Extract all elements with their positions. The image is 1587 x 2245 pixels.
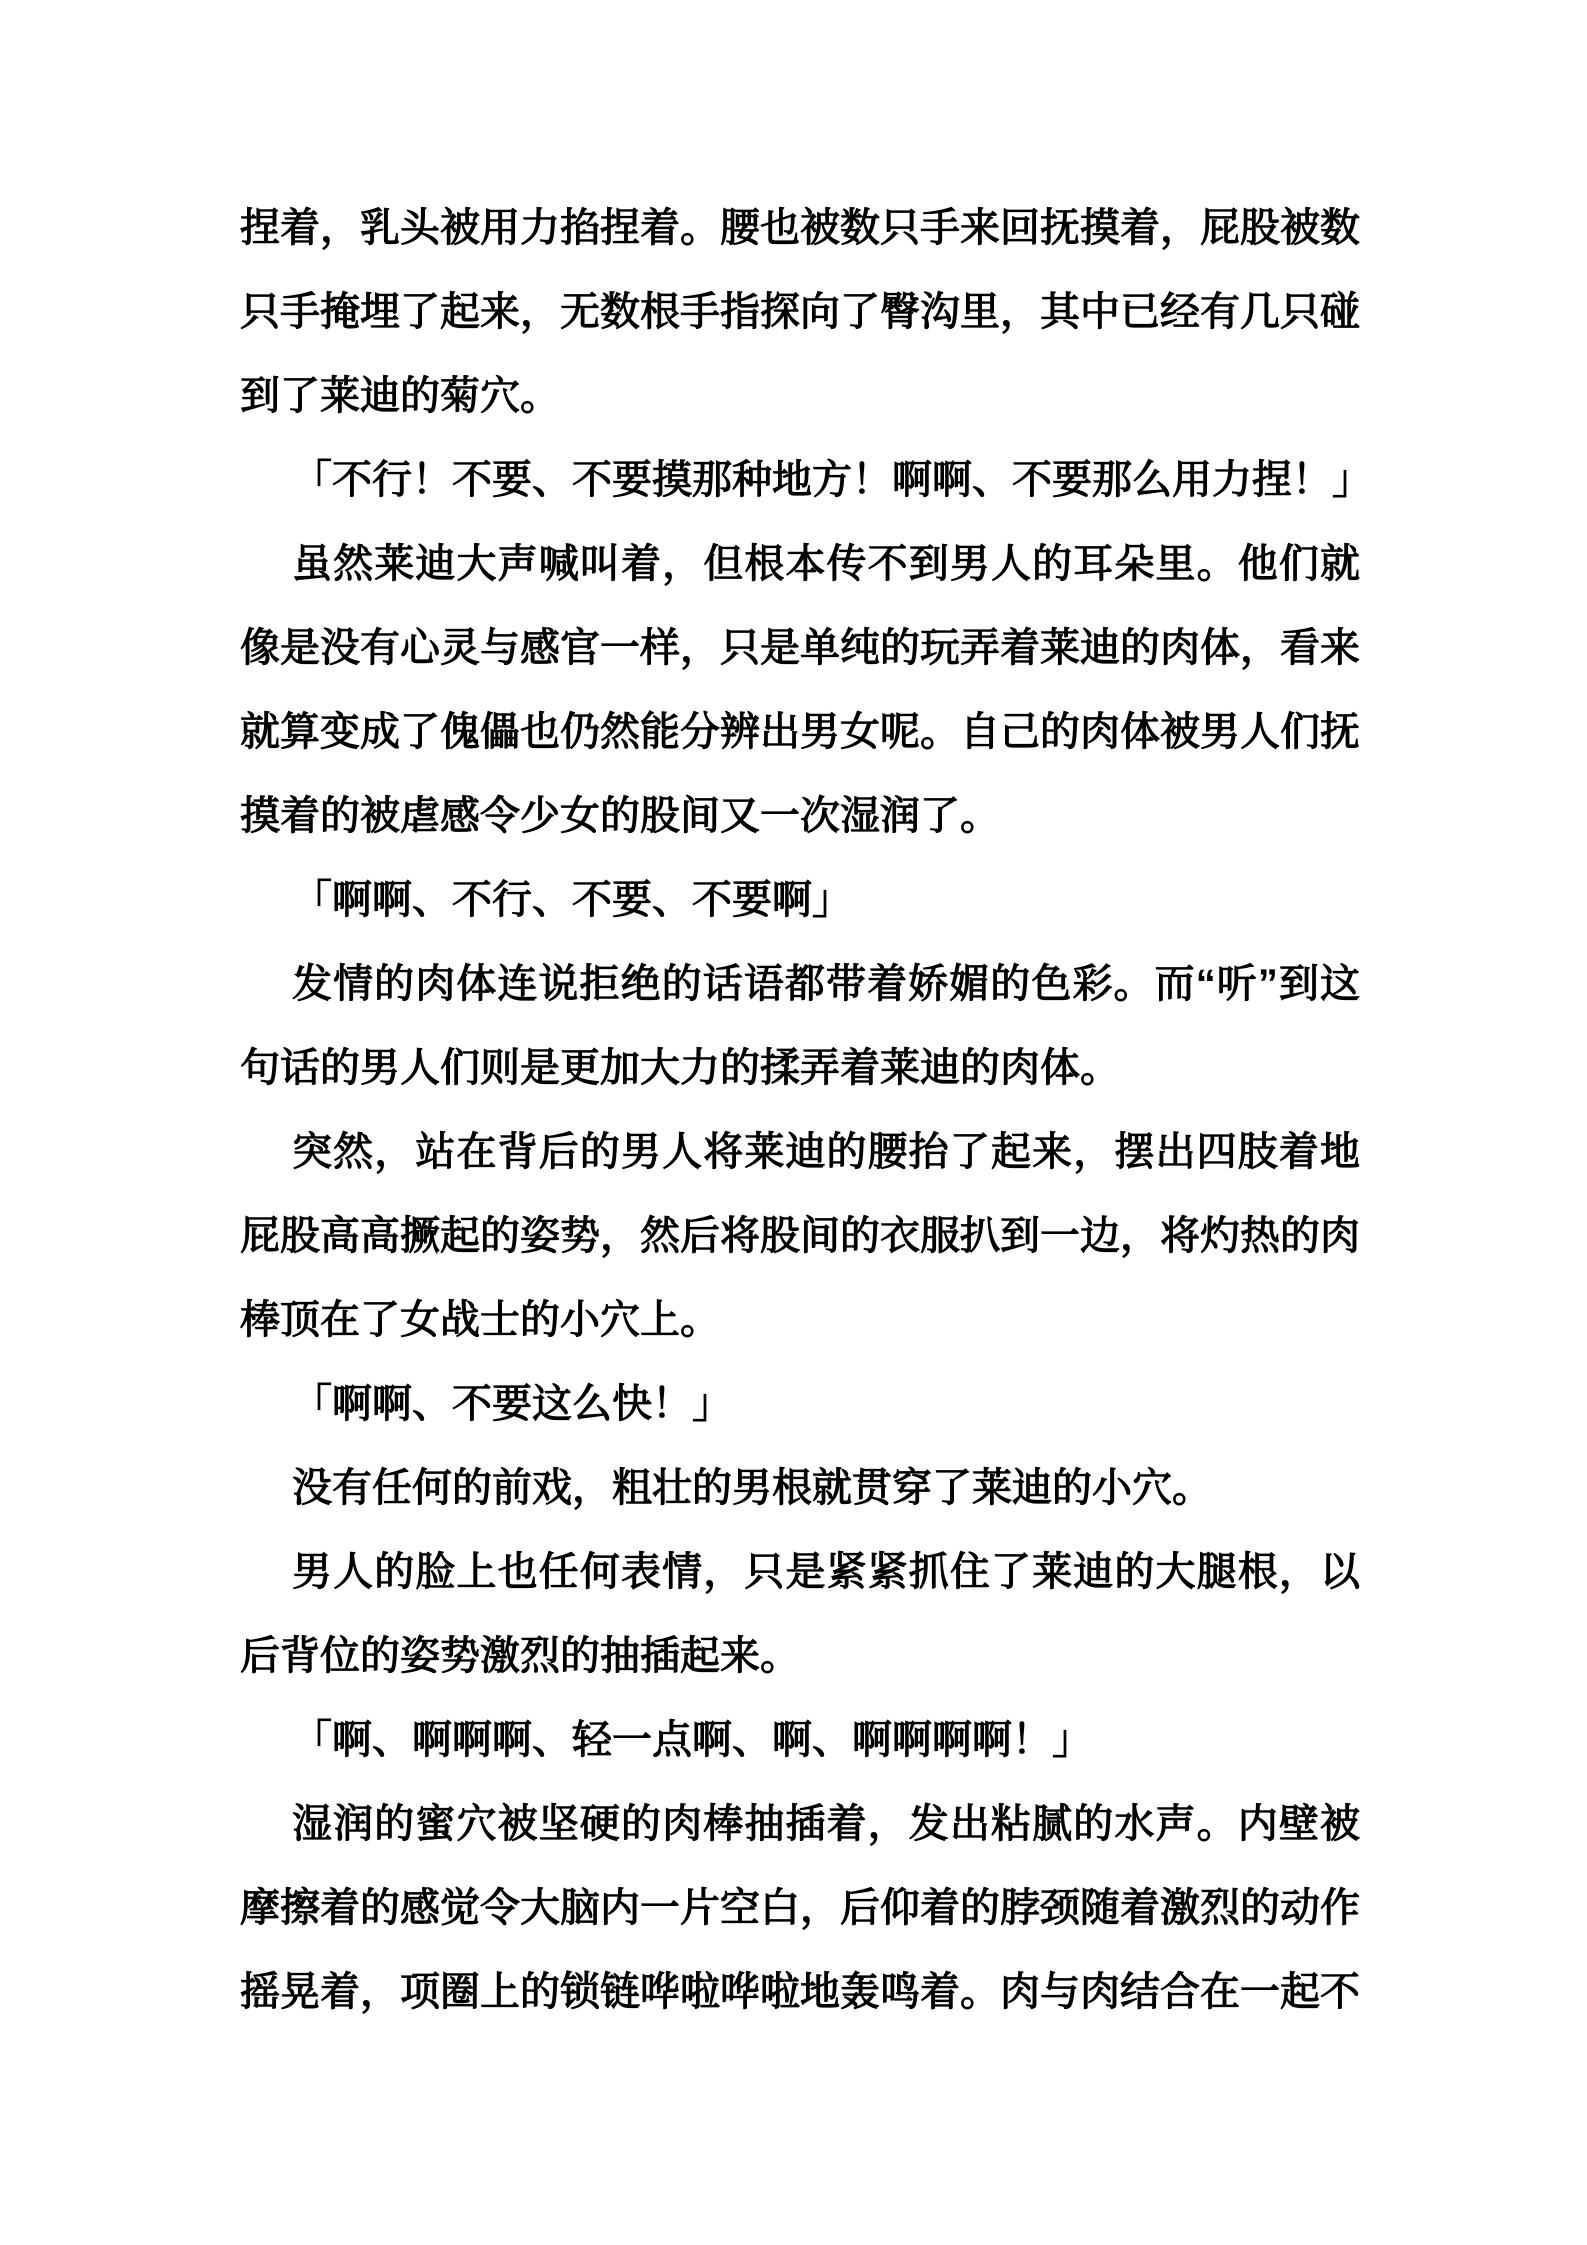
paragraph-narration: 男人的脸上也任何表情，只是紧紧抓住了莱迪的大腿根，以后背位的姿势激烈的抽插起来。 (240, 1530, 1360, 1698)
novel-page: 捏着，乳头被用力掐捏着。腰也被数只手来回抚摸着，屁股被数只手掩埋了起来，无数根手… (0, 0, 1587, 2245)
paragraph-dialogue: 「啊啊、不要这么快！」 (240, 1362, 1360, 1446)
paragraph-narration: 突然，站在背后的男人将莱迪的腰抬了起来，摆出四肢着地屁股高高撅起的姿势，然后将股… (240, 1110, 1360, 1362)
paragraph-narration: 发情的肉体连说拒绝的话语都带着娇媚的色彩。而“听”到这句话的男人们则是更加大力的… (240, 942, 1360, 1110)
paragraph-dialogue: 「啊啊、不行、不要、不要啊」 (240, 858, 1360, 942)
paragraph-narration: 虽然莱迪大声喊叫着，但根本传不到男人的耳朵里。他们就像是没有心灵与感官一样，只是… (240, 522, 1360, 858)
paragraph-continuation: 捏着，乳头被用力掐捏着。腰也被数只手来回抚摸着，屁股被数只手掩埋了起来，无数根手… (240, 186, 1360, 438)
paragraph-narration: 湿润的蜜穴被坚硬的肉棒抽插着，发出粘腻的水声。内壁被摩擦着的感觉令大脑内一片空白… (240, 1782, 1360, 2034)
paragraph-narration: 没有任何的前戏，粗壮的男根就贯穿了莱迪的小穴。 (240, 1446, 1360, 1530)
text-block: 捏着，乳头被用力掐捏着。腰也被数只手来回抚摸着，屁股被数只手掩埋了起来，无数根手… (240, 186, 1360, 2034)
paragraph-dialogue: 「啊、啊啊啊、轻一点啊、啊、啊啊啊啊！」 (240, 1698, 1360, 1782)
paragraph-dialogue: 「不行！不要、不要摸那种地方！啊啊、不要那么用力捏！」 (240, 438, 1360, 522)
